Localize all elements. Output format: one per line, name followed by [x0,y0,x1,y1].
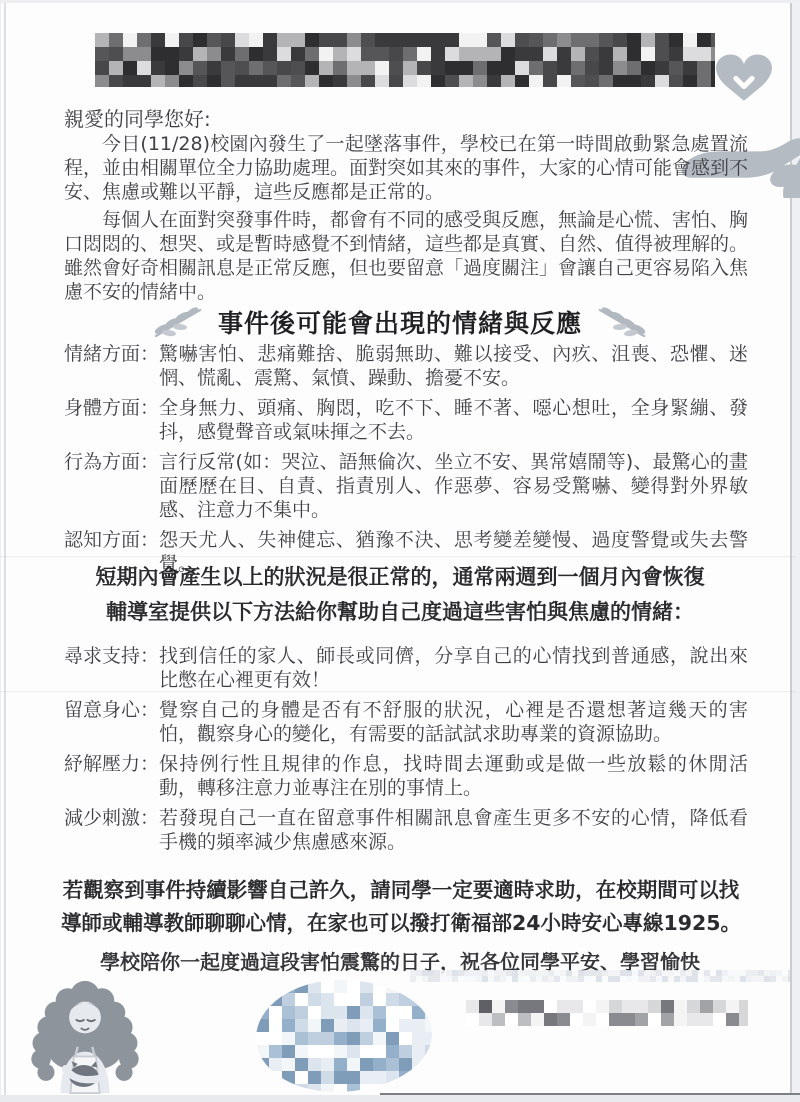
scan-edge-left [4,0,6,1102]
coping-item: 尋求支持： 找到信任的家人、師長或同儕，分享自己的心情找到普通感，說出來比憋在心… [64,644,748,692]
laurel-branch-left-icon [152,305,204,339]
reaction-label: 情緒方面： [64,342,159,390]
reactions-list: 情緒方面： 驚嚇害怕、悲痛難捨、脆弱無助、難以接受、內疚、沮喪、恐懼、迷惘、慌亂… [64,342,748,582]
reaction-text: 驚嚇害怕、悲痛難捨、脆弱無助、難以接受、內疚、沮喪、恐懼、迷惘、慌亂、震驚、氣憤… [159,342,748,390]
document-page: 親愛的同學您好: 今日(11/28)校園內發生了一起墜落事件，學校已在第一時間啟… [0,0,800,1102]
intro-section: 今日(11/28)校園內發生了一起墜落事件，學校已在第一時間啟動緊急處置流程，並… [64,132,748,308]
coping-text: 找到信任的家人、師長或同儕，分享自己的心情找到普通感，說出來比憋在心裡更有效！ [159,644,748,692]
intro-paragraph: 今日(11/28)校園內發生了一起墜落事件，學校已在第一時間啟動緊急處置流程，並… [64,132,748,204]
greeting: 親愛的同學您好: [64,103,211,132]
reaction-label: 行為方面： [64,450,159,522]
recovery-notice: 短期內會產生以上的狀況是很正常的，通常兩週到一個月內會恢復 輔導室提供以下方法給… [0,560,800,630]
coping-label: 紓解壓力： [64,752,159,800]
paper-crease [0,556,796,558]
reactions-heading: 事件後可能會出現的情緒與反應 [218,304,582,340]
recovery-notice-line: 短期內會產生以上的狀況是很正常的，通常兩週到一個月內會恢復 [0,560,800,595]
coping-item: 減少刺激： 若發現自己一直在留意事件相關訊息會產生更多不安的心情，降低看手機的頻… [64,806,748,854]
woman-holding-cat-illustration [24,976,146,1098]
paper-crease [0,691,796,693]
reaction-item: 身體方面： 全身無力、頭痛、胸悶，吃不下、睡不著、噁心想吐，全身緊繃、發抖，感覺… [64,396,748,444]
coping-label: 尋求支持： [64,644,159,692]
coping-list: 尋求支持： 找到信任的家人、師長或同儕，分享自己的心情找到普通感，說出來比憋在心… [64,644,748,860]
coping-text: 若發現自己一直在留意事件相關訊息會產生更多不安的心情，降低看手機的頻率減少焦慮感… [159,806,748,854]
coping-text: 覺察自己的身體是否有不舒服的狀況，心裡是否還想著這幾天的害怕，觀察身心的變化，有… [159,698,748,746]
reactions-heading-row: 事件後可能會出現的情緒與反應 [0,304,800,340]
coping-text: 保持例行性且規律的作息，找時間去運動或是做一些放鬆的休閒活動，轉移注意力並專注在… [159,752,748,800]
reaction-text: 全身無力、頭痛、胸悶，吃不下、睡不著、噁心想吐，全身緊繃、發抖，感覺聲音或氣味揮… [159,396,748,444]
reaction-item: 行為方面： 言行反常(如：哭泣、語無倫次、坐立不安、異常嬉鬧等)、最驚心的畫面歷… [64,450,748,522]
reaction-label: 身體方面： [64,396,159,444]
redacted-signature [466,1000,748,1026]
help-notice: 若觀察到事件持續影響自己許久，請同學一定要適時求助，在校期間可以找導師或輔導教師… [56,874,746,940]
intro-paragraph: 每個人在面對突發事件時，都會有不同的感受與反應，無論是心慌、害怕、胸口悶悶的、想… [64,208,748,304]
reaction-text: 言行反常(如：哭泣、語無倫次、坐立不安、異常嬉鬧等)、最驚心的畫面歷歷在目、自責… [159,450,748,522]
recovery-notice-line: 輔導室提供以下方法給你幫助自己度過這些害怕與焦慮的情緒： [0,595,800,630]
scan-edge-top [0,0,800,3]
redacted-title [95,33,715,87]
coping-label: 減少刺激： [64,806,159,854]
coping-item: 留意身心： 覺察自己的身體是否有不舒服的狀況，心裡是否還想著這幾天的害怕，觀察身… [64,698,748,746]
coping-label: 留意身心： [64,698,159,746]
redacted-stamp [256,980,432,1092]
redacted-smudge [410,970,790,982]
reaction-item: 情緒方面： 驚嚇害怕、悲痛難捨、脆弱無助、難以接受、內疚、沮喪、恐懼、迷惘、慌亂… [64,342,748,390]
scan-edge-bottom-band [0,1095,800,1102]
coping-item: 紓解壓力： 保持例行性且規律的作息，找時間去運動或是做一些放鬆的休閒活動，轉移注… [64,752,748,800]
laurel-branch-right-icon [596,305,648,339]
